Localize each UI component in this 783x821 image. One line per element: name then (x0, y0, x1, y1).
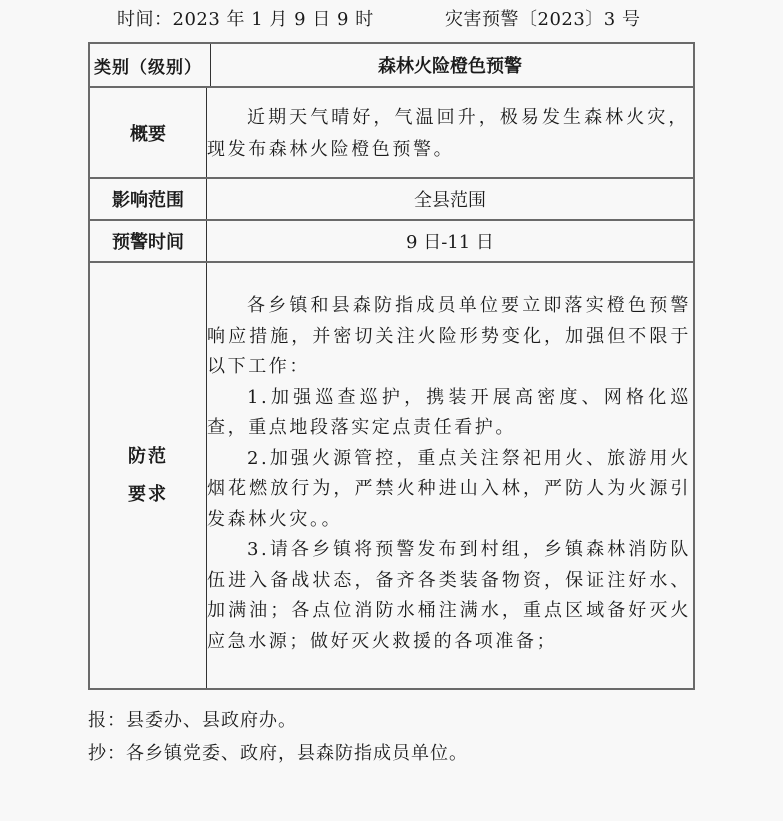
requirements-label-line2: 要求 (128, 476, 168, 514)
table-row-scope: 影响范围 全县范围 (90, 179, 693, 221)
summary-text: 近期天气晴好，气温回升，极易发生森林火灾，现发布森林火险橙色预警。 (207, 102, 689, 166)
table-row-summary: 概要 近期天气晴好，气温回升，极易发生森林火灾，现发布森林火险橙色预警。 (90, 88, 693, 179)
requirements-label-line1: 防范 (128, 438, 168, 476)
table-row-category: 类别（级别） 森林火险橙色预警 (90, 44, 693, 88)
document-header: 时间：2023 年 1 月 9 日 9 时 灾害预警〔2023〕3 号 (0, 6, 783, 34)
warning-table: 类别（级别） 森林火险橙色预警 概要 近期天气晴好，气温回升，极易发生森林火灾，… (88, 42, 695, 690)
requirements-intro: 各乡镇和县森防指成员单位要立即落实橙色预警响应措施，并密切关注火险形势变化，加强… (207, 291, 691, 383)
period-value: 9 日-11 日 (207, 221, 693, 261)
document-number: 灾害预警〔2023〕3 号 (445, 6, 640, 34)
period-label: 预警时间 (90, 221, 207, 261)
table-row-period: 预警时间 9 日-11 日 (90, 221, 693, 263)
requirement-item-3: 3.请各乡镇将预警发布到村组，乡镇森林消防队伍进入备战状态，备齐各类装备物资，保… (207, 535, 691, 657)
requirement-item-1: 1.加强巡查巡护，携装开展高密度、网格化巡查，重点地段落实定点责任看护。 (207, 383, 691, 444)
requirements-body: 各乡镇和县森防指成员单位要立即落实橙色预警响应措施，并密切关注火险形势变化，加强… (207, 291, 691, 657)
scope-label: 影响范围 (90, 179, 207, 219)
report-to: 报：县委办、县政府办。 (88, 706, 297, 732)
scope-value: 全县范围 (207, 179, 693, 219)
summary-label: 概要 (90, 88, 207, 177)
category-value: 森林火险橙色预警 (207, 44, 693, 86)
requirements-label: 防范 要求 (90, 263, 207, 688)
table-row-requirements: 防范 要求 各乡镇和县森防指成员单位要立即落实橙色预警响应措施，并密切关注火险形… (90, 263, 693, 688)
copy-to: 抄：各乡镇党委、政府，县森防指成员单位。 (88, 739, 468, 765)
issue-time: 时间：2023 年 1 月 9 日 9 时 (117, 6, 374, 34)
category-label: 类别（级别） (90, 44, 211, 86)
requirement-item-2: 2.加强火源管控，重点关注祭祀用火、旅游用火烟花燃放行为，严禁火种进山入林，严防… (207, 444, 691, 536)
